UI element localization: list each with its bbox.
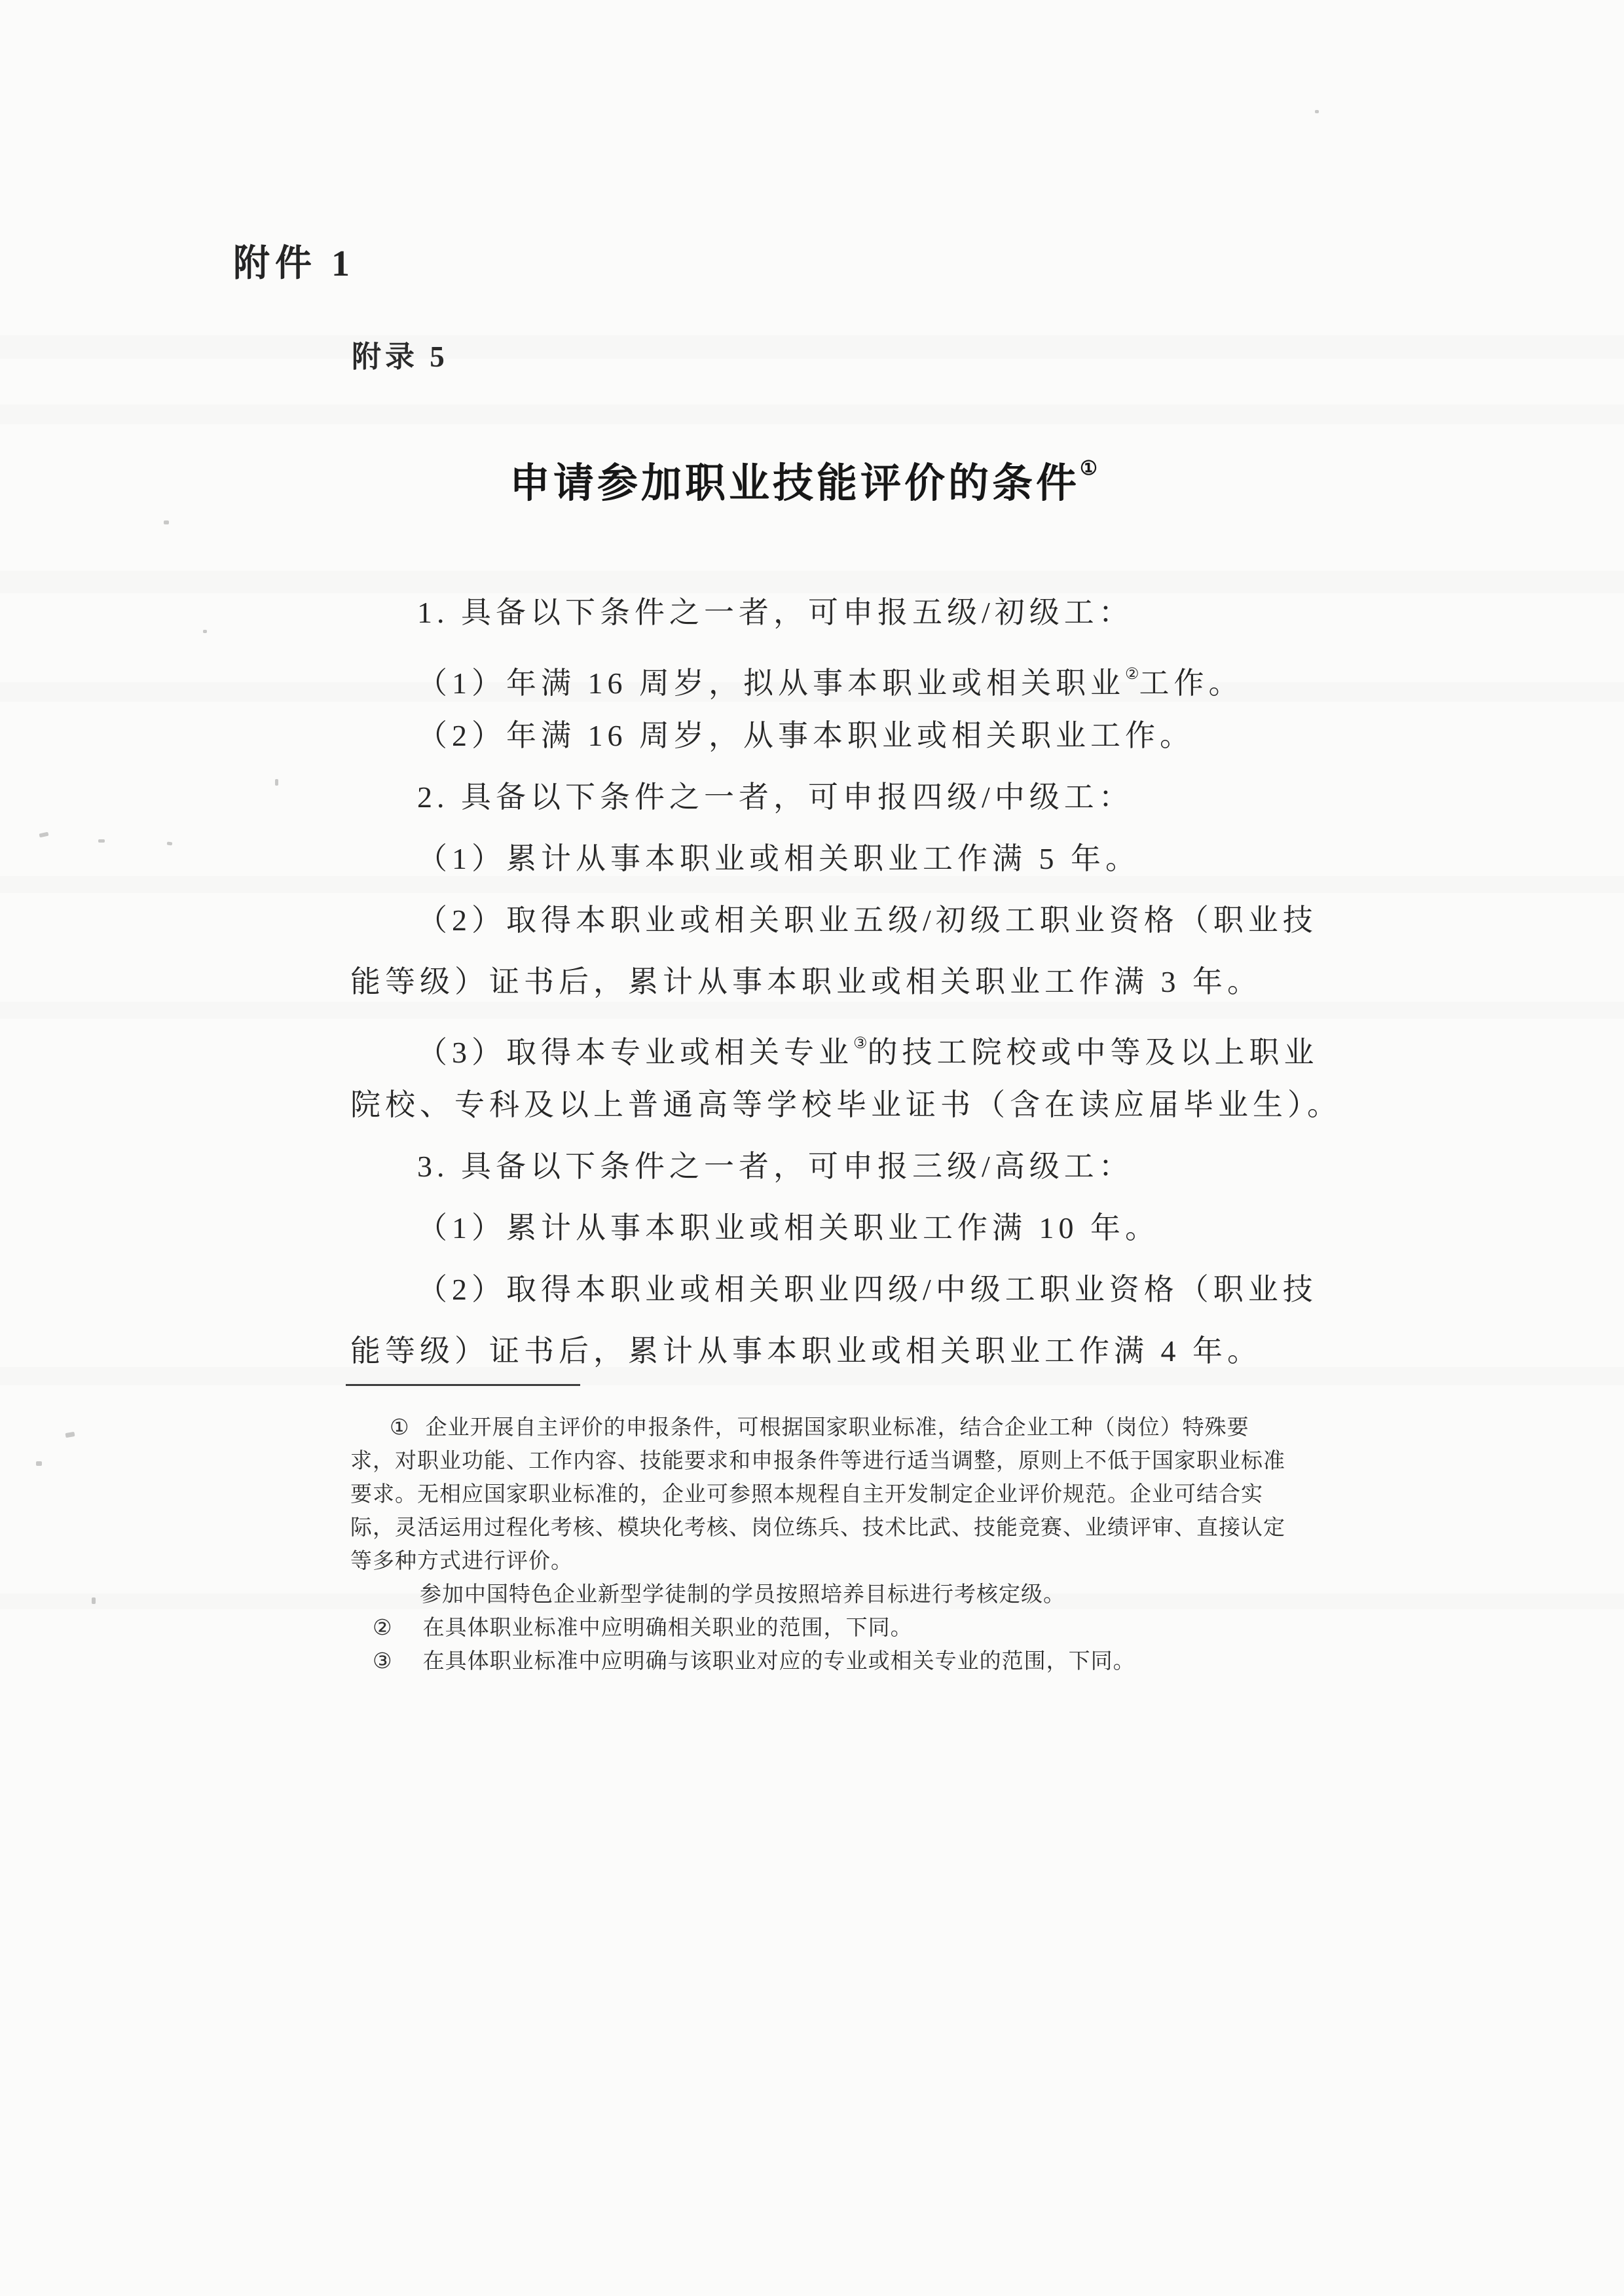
- footnote-separator: [346, 1384, 580, 1386]
- body-line-text: 1. 具备以下条件之一者，可申报五级/初级工：: [417, 596, 1134, 629]
- page-title-text: 申请参加职业技能评价的条件: [509, 462, 1080, 506]
- body-line-text: 3. 具备以下条件之一者，可申报三级/高级工：: [417, 1150, 1134, 1183]
- body-line-text: （1）年满 16 周岁，拟从事本职业或相关职业: [417, 666, 1125, 700]
- body-line-text: （2）年满 16 周岁，从事本职业或相关职业工作。: [417, 719, 1194, 752]
- body-line: 院校、专科及以上普通高等学校毕业证书（含在读应届毕业生）。: [350, 1074, 1346, 1136]
- body-text: 1. 具备以下条件之一者，可申报五级/初级工： （1）年满 16 周岁，拟从事本…: [350, 582, 1346, 1382]
- scan-artifact: [92, 1597, 96, 1604]
- scanned-page: 附件 1 附录 5 申请参加职业技能评价的条件① 1. 具备以下条件之一者，可申…: [0, 0, 1624, 2296]
- body-line-text: 2. 具备以下条件之一者，可申报四级/中级工：: [417, 780, 1134, 814]
- footnote-text: 等多种方式进行评价。: [350, 1550, 573, 1573]
- attachment-label: 附件 1: [233, 234, 355, 287]
- footnote-ref-icon: ①: [1080, 458, 1098, 479]
- footnote-line: 要求。无相应国家职业标准的，企业可参照本规程自主开发制定企业评价规范。企业可结合…: [350, 1478, 1319, 1512]
- footnote-text: 求，对职业功能、工作内容、技能要求和申报条件等进行适当调整，原则上不低于国家职业…: [350, 1449, 1285, 1473]
- footnote-text: 参加中国特色企业新型学徒制的学员按照培养目标进行考核定级。: [420, 1583, 1065, 1607]
- scan-artifact: [1315, 110, 1319, 113]
- footnote-text: 际，灵活运用过程化考核、模块化考核、岗位练兵、技术比武、技能竞赛、业绩评审、直接…: [350, 1516, 1285, 1540]
- scan-artifact: [0, 335, 1624, 359]
- footnote-text: 在具体职业标准中应明确与该职业对应的专业或相关专业的范围，下同。: [423, 1650, 1135, 1673]
- body-line-text: 的技工院校或中等及以上职业: [868, 1036, 1319, 1069]
- footnote-text: 企业开展自主评价的申报条件，可根据国家职业标准，结合企业工种（岗位）特殊要: [426, 1416, 1249, 1440]
- scan-artifact: [36, 1461, 42, 1466]
- footnote-line: 等多种方式进行评价。: [350, 1545, 1319, 1578]
- body-line: 1. 具备以下条件之一者，可申报五级/初级工：: [350, 582, 1346, 644]
- footnote-marker: ②: [373, 1612, 393, 1645]
- body-line: （3）取得本专业或相关专业③的技工院校或中等及以上职业: [350, 1013, 1346, 1074]
- footnote-marker: ①: [390, 1412, 410, 1445]
- body-line: （2）取得本职业或相关职业五级/初级工职业资格（职业技: [350, 890, 1346, 951]
- appendix-label: 附录 5: [352, 333, 449, 375]
- body-line-text: 能等级）证书后，累计从事本职业或相关职业工作满 3 年。: [350, 965, 1262, 998]
- body-line-text: 工作。: [1139, 666, 1244, 700]
- body-line-text: （2）取得本职业或相关职业五级/初级工职业资格（职业技: [417, 903, 1318, 937]
- body-line: （2）取得本职业或相关职业四级/中级工职业资格（职业技: [350, 1259, 1346, 1321]
- body-line-text: 院校、专科及以上普通高等学校毕业证书（含在读应届毕业生）。: [350, 1088, 1342, 1121]
- body-line: 2. 具备以下条件之一者，可申报四级/中级工：: [350, 767, 1346, 828]
- body-line: 能等级）证书后，累计从事本职业或相关职业工作满 4 年。: [350, 1321, 1346, 1382]
- page-title: 申请参加职业技能评价的条件①: [509, 450, 1098, 509]
- body-line-text: （3）取得本专业或相关专业: [417, 1036, 853, 1069]
- footnote-line: ①企业开展自主评价的申报条件，可根据国家职业标准，结合企业工种（岗位）特殊要: [350, 1412, 1319, 1445]
- body-line: 能等级）证书后，累计从事本职业或相关职业工作满 3 年。: [350, 951, 1346, 1013]
- body-line-text: （2）取得本职业或相关职业四级/中级工职业资格（职业技: [417, 1273, 1318, 1306]
- footnote-line: ②在具体职业标准中应明确相关职业的范围，下同。: [350, 1612, 1319, 1645]
- body-line: 3. 具备以下条件之一者，可申报三级/高级工：: [350, 1136, 1346, 1197]
- body-line: （1）累计从事本职业或相关职业工作满 5 年。: [350, 828, 1346, 890]
- scan-artifact: [167, 841, 173, 845]
- scan-artifact: [0, 405, 1624, 424]
- footnote-line: ③在具体职业标准中应明确与该职业对应的专业或相关专业的范围，下同。: [350, 1645, 1319, 1679]
- footnote-marker: ③: [373, 1645, 393, 1679]
- body-line-text: （1）累计从事本职业或相关职业工作满 5 年。: [417, 842, 1140, 875]
- footnote-text: 要求。无相应国家职业标准的，企业可参照本规程自主开发制定企业评价规范。企业可结合…: [350, 1483, 1263, 1506]
- scan-artifact: [39, 832, 49, 838]
- scan-artifact: [164, 520, 169, 524]
- footnote-line: 际，灵活运用过程化考核、模块化考核、岗位练兵、技术比武、技能竞赛、业绩评审、直接…: [350, 1512, 1319, 1545]
- footnotes: ①企业开展自主评价的申报条件，可根据国家职业标准，结合企业工种（岗位）特殊要 求…: [350, 1412, 1319, 1679]
- body-line-text: 能等级）证书后，累计从事本职业或相关职业工作满 4 年。: [350, 1334, 1262, 1368]
- scan-artifact: [203, 630, 207, 633]
- footnote-text: 在具体职业标准中应明确相关职业的范围，下同。: [423, 1616, 913, 1640]
- body-line: （1）累计从事本职业或相关职业工作满 10 年。: [350, 1197, 1346, 1259]
- footnote-ref-icon: ②: [1125, 666, 1139, 683]
- scan-artifact: [98, 839, 105, 843]
- footnote-line: 求，对职业功能、工作内容、技能要求和申报条件等进行适当调整，原则上不低于国家职业…: [350, 1445, 1319, 1478]
- body-line: （1）年满 16 周岁，拟从事本职业或相关职业②工作。: [350, 644, 1346, 705]
- body-line-text: （1）累计从事本职业或相关职业工作满 10 年。: [417, 1211, 1160, 1245]
- scan-artifact: [275, 779, 278, 786]
- scan-artifact: [65, 1432, 75, 1438]
- body-line: （2）年满 16 周岁，从事本职业或相关职业工作。: [350, 705, 1346, 767]
- footnote-ref-icon: ③: [853, 1035, 868, 1052]
- footnote-line: 参加中国特色企业新型学徒制的学员按照培养目标进行考核定级。: [350, 1578, 1319, 1612]
